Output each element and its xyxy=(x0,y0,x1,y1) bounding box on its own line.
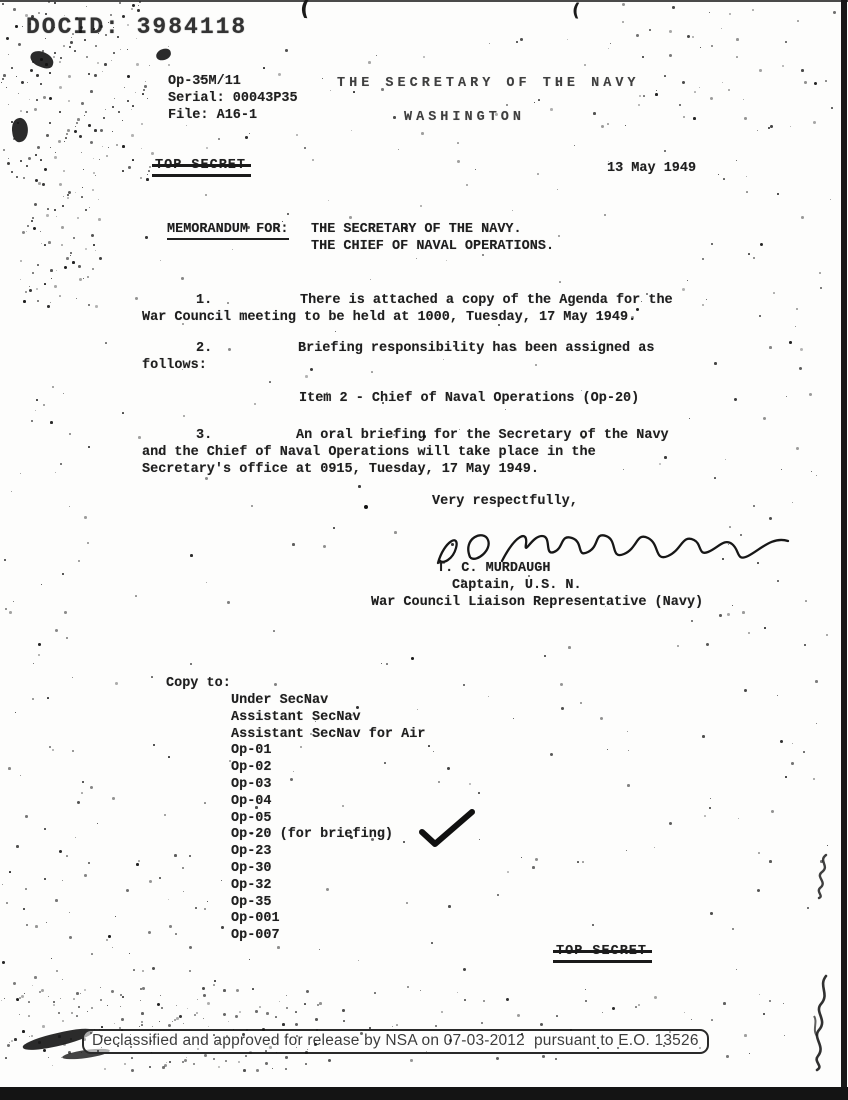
copy-to-item: Op-02 xyxy=(231,760,425,777)
ink-smudge xyxy=(155,48,172,62)
addressee: THE SECRETARY OF THE NAVY. xyxy=(311,222,522,237)
addressee: THE CHIEF OF NAVAL OPERATIONS. xyxy=(311,239,554,254)
copy-to-item: Op-04 xyxy=(231,794,425,811)
paragraph-line: follows: xyxy=(142,358,207,373)
paragraph-line: and the Chief of Naval Operations will t… xyxy=(142,445,596,460)
ink-dot xyxy=(364,505,368,509)
copy-to-item: Op-001 xyxy=(231,911,425,928)
scan-edge-top xyxy=(0,0,848,2)
copy-to-item: Assistant SecNav xyxy=(231,710,425,727)
paragraph-line: Briefing responsibility has been assigne… xyxy=(298,341,654,356)
copy-to-item: Op-01 xyxy=(231,743,425,760)
copy-to-item: Op-35 xyxy=(231,895,425,912)
stray-mark: ( xyxy=(299,0,312,21)
paragraph-number: 1. xyxy=(196,293,212,308)
signer-rank: Captain, U.S. N. xyxy=(452,578,582,593)
closing-line: Very respectfully, xyxy=(432,494,578,509)
copy-to-label: Copy to: xyxy=(166,676,231,691)
paragraph-number: 2. xyxy=(196,341,212,356)
paragraph-line: There is attached a copy of the Agenda f… xyxy=(300,293,673,308)
file-number: File: A16-1 xyxy=(168,108,257,123)
scan-edge-bottom xyxy=(0,1087,848,1100)
docid-stamp: DOCID: 3984118 xyxy=(26,14,247,40)
copy-to-item: Op-23 xyxy=(231,844,425,861)
copy-to-item: Under SecNav xyxy=(231,693,425,710)
declassification-banner: Declassified and approved for release by… xyxy=(82,1029,709,1054)
copy-to-list: Under SecNav Assistant SecNav Assistant … xyxy=(231,693,425,945)
copy-to-item: Op-03 xyxy=(231,777,425,794)
memo-for-label: MEMORANDUM FOR: xyxy=(167,222,289,240)
paragraph-line: War Council meeting to be held at 1000, … xyxy=(142,310,636,325)
paragraph-line: An oral briefing for the Secretary of th… xyxy=(296,428,669,443)
copy-to-item: Op-30 xyxy=(231,861,425,878)
classification-stamp-bottom: TOP SECRET xyxy=(556,944,647,959)
letterhead-city: WASHINGTON xyxy=(404,110,525,125)
copy-to-item: Op-32 xyxy=(231,878,425,895)
copy-to-item: Op-20 (for briefing) xyxy=(231,827,425,844)
signer-name: T. C. MURDAUGH xyxy=(437,561,550,576)
scan-edge-right xyxy=(841,0,847,1100)
copy-to-item: Op-05 xyxy=(231,811,425,828)
checkmark-icon xyxy=(418,808,476,850)
signer-title: War Council Liaison Representative (Navy… xyxy=(371,595,703,610)
pencil-mark xyxy=(808,972,834,1072)
paragraph-number: 3. xyxy=(196,428,212,443)
classification-stamp-top: TOP SECRET xyxy=(155,158,246,173)
paragraph-line: Secretary's office at 0915, Tuesday, 17 … xyxy=(142,462,539,477)
agenda-item-line: Item 2 - Chief of Naval Operations (Op-2… xyxy=(299,391,639,406)
pencil-mark xyxy=(810,852,836,900)
serial-number: Serial: 00043P35 xyxy=(168,91,298,106)
office-symbol: Op-35M/11 xyxy=(168,74,241,89)
document-date: 13 May 1949 xyxy=(607,161,696,176)
stray-mark: ( xyxy=(571,0,581,21)
copy-to-item: Op-007 xyxy=(231,928,425,945)
copy-to-item: Assistant SecNav for Air xyxy=(231,727,425,744)
document-page: ( ( DOCID: 3984118 Op-35M/11 Serial: 000… xyxy=(0,0,848,1100)
